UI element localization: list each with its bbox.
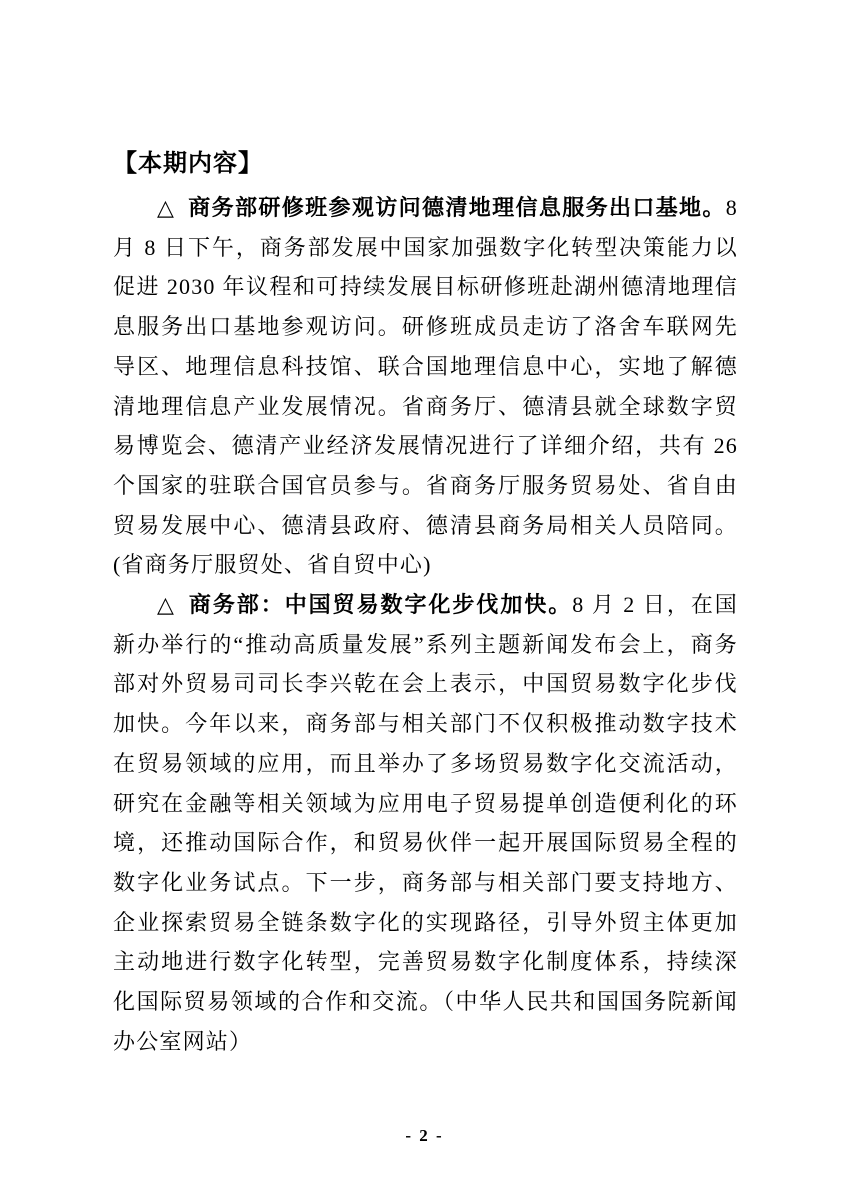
news-item-2: △商务部：中国贸易数字化步伐加快。8 月 2 日，在国新办举行的“推动高质量发展… xyxy=(113,585,738,1061)
news-item-2-title: 商务部：中国贸易数字化步伐加快。 xyxy=(189,592,572,617)
page-number: - 2 - xyxy=(0,1126,849,1146)
section-heading: 【本期内容】 xyxy=(113,146,263,180)
news-item-1: △商务部研修班参观访问德清地理信息服务出口基地。8 月 8 日下午，商务部发展中… xyxy=(113,188,738,585)
news-item-2-body: 8 月 2 日，在国新办举行的“推动高质量发展”系列主题新闻发布会上，商务部对外… xyxy=(113,592,738,1054)
document-page: 【本期内容】 △商务部研修班参观访问德清地理信息服务出口基地。8 月 8 日下午… xyxy=(0,0,849,1200)
news-item-1-title: 商务部研修班参观访问德清地理信息服务出口基地。 xyxy=(188,195,726,220)
triangle-bullet-icon: △ xyxy=(157,195,175,220)
news-item-1-body: 8 月 8 日下午，商务部发展中国家加强数字化转型决策能力以促进 2030 年议… xyxy=(113,195,738,577)
triangle-bullet-icon: △ xyxy=(157,592,176,617)
document-body: △商务部研修班参观访问德清地理信息服务出口基地。8 月 8 日下午，商务部发展中… xyxy=(113,188,738,1061)
